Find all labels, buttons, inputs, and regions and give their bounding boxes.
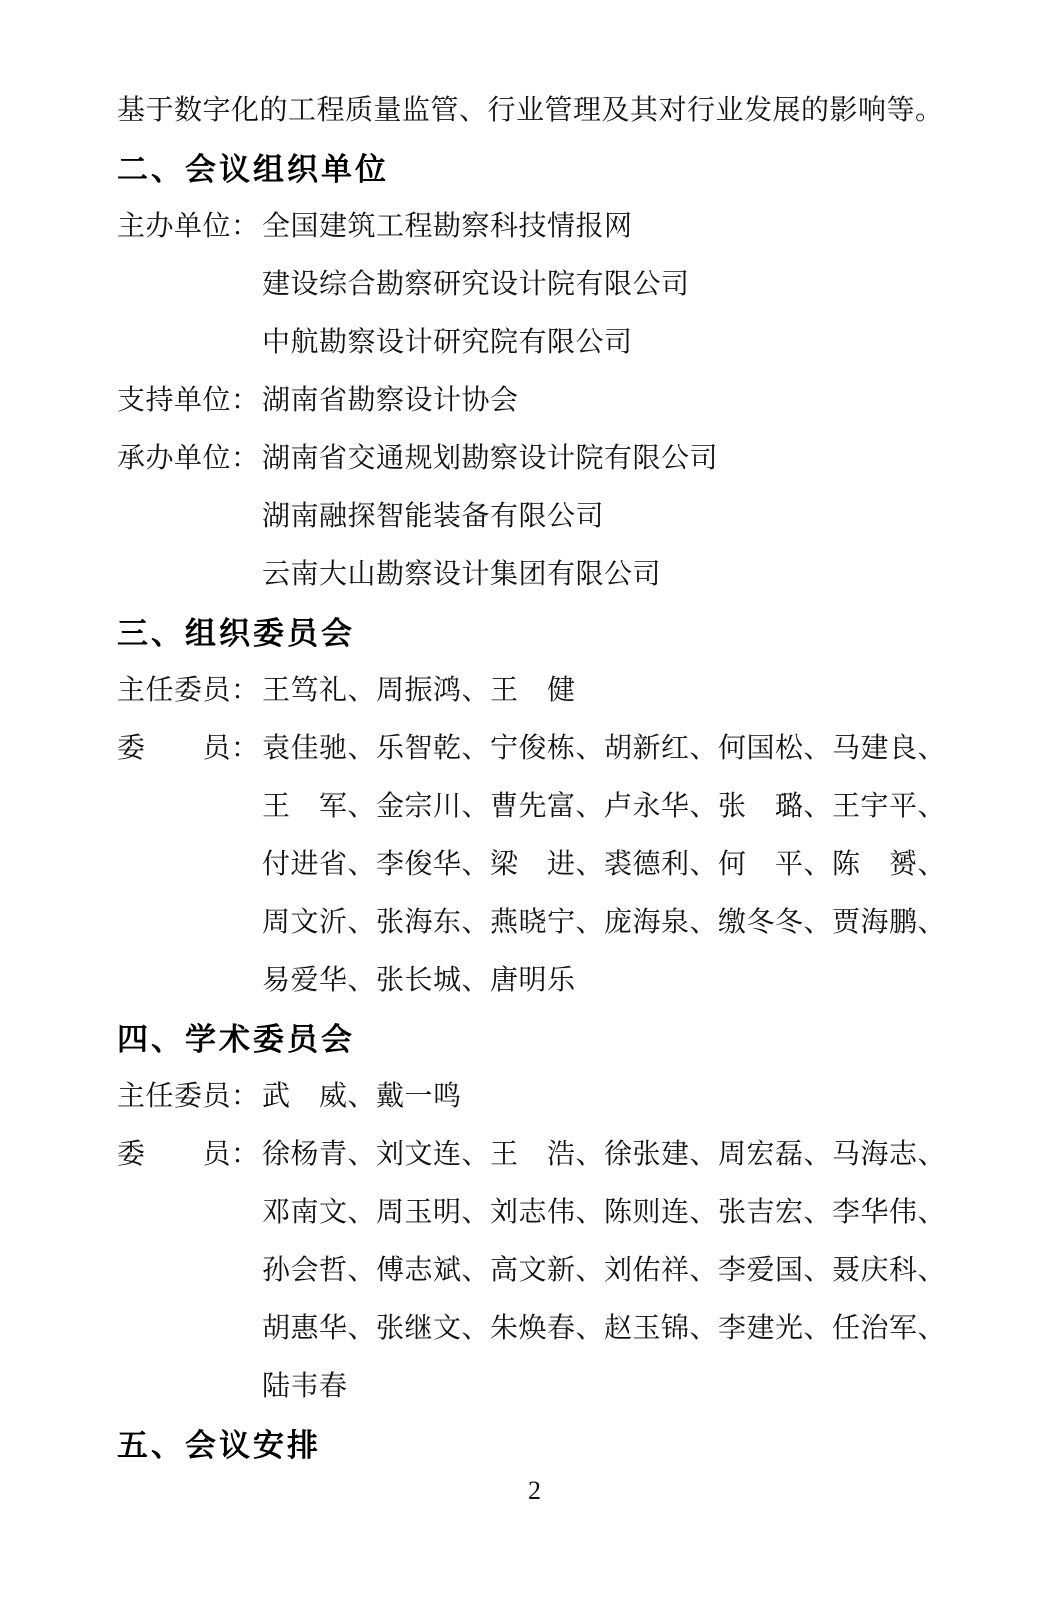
- committee-row-members-cont: 易爱华、张长城、唐明乐: [117, 949, 952, 1007]
- academic-names: 孙会哲、傅志斌、高文新、刘佑祥、李爱国、聂庆科、: [262, 1248, 946, 1288]
- page-number-row: 2: [117, 1471, 952, 1511]
- academic-names: 陆韦春: [262, 1364, 348, 1404]
- committee-names: 袁佳驰、乐智乾、宁俊栋、胡新红、何国松、马建良、: [262, 726, 946, 766]
- committee-label-chairs: 主任委员：: [117, 668, 262, 708]
- academic-row-chairs: 主任委员： 武 威、戴一鸣: [117, 1065, 952, 1123]
- committee-row-members-cont: 王 军、金宗川、曹先富、卢永华、张 璐、王宇平、: [117, 775, 952, 833]
- org-value: 湖南融探智能装备有限公司: [262, 494, 604, 534]
- academic-label-chairs: 主任委员：: [117, 1074, 262, 1114]
- section-heading-academic-committee: 四、学术委员会: [117, 1007, 952, 1065]
- academic-row-members-cont: 陆韦春: [117, 1355, 952, 1413]
- committee-names: 易爱华、张长城、唐明乐: [262, 958, 576, 998]
- org-row-host: 主办单位： 全国建筑工程勘察科技情报网: [117, 195, 952, 253]
- academic-label-members: 委 员：: [117, 1132, 262, 1172]
- academic-row-members-cont: 孙会哲、傅志斌、高文新、刘佑祥、李爱国、聂庆科、: [117, 1239, 952, 1297]
- org-row-undertaker: 承办单位： 湖南省交通规划勘察设计院有限公司: [117, 427, 952, 485]
- org-label-host: 主办单位：: [117, 204, 262, 244]
- academic-names: 武 威、戴一鸣: [262, 1074, 462, 1114]
- academic-names: 胡惠华、张继文、朱焕春、赵玉锦、李建光、任治军、: [262, 1306, 946, 1346]
- academic-row-members-cont: 胡惠华、张继文、朱焕春、赵玉锦、李建光、任治军、: [117, 1297, 952, 1355]
- section-heading-agenda: 五、会议安排: [117, 1413, 952, 1471]
- intro-paragraph-line: 基于数字化的工程质量监管、行业管理及其对行业发展的影响等。: [117, 79, 952, 137]
- committee-row-members-cont: 周文沂、张海东、燕晓宁、庞海泉、缴冬冬、贾海鹏、: [117, 891, 952, 949]
- committee-names: 周文沂、张海东、燕晓宁、庞海泉、缴冬冬、贾海鹏、: [262, 900, 946, 940]
- org-value: 湖南省勘察设计协会: [262, 378, 519, 418]
- org-label-undertaker: 承办单位：: [117, 436, 262, 476]
- org-value: 全国建筑工程勘察科技情报网: [262, 204, 633, 244]
- org-label-support: 支持单位：: [117, 378, 262, 418]
- academic-row-members-cont: 邓南文、周玉明、刘志伟、陈则连、张吉宏、李华伟、: [117, 1181, 952, 1239]
- section-heading-organizers: 二、会议组织单位: [117, 137, 952, 195]
- org-value: 云南大山勘察设计集团有限公司: [262, 552, 661, 592]
- committee-row-chairs: 主任委员： 王笃礼、周振鸿、王 健: [117, 659, 952, 717]
- org-row-undertaker-cont: 云南大山勘察设计集团有限公司: [117, 543, 952, 601]
- committee-names: 付进省、李俊华、梁 进、裘德利、何 平、陈 赟、: [262, 842, 946, 882]
- academic-names: 邓南文、周玉明、刘志伟、陈则连、张吉宏、李华伟、: [262, 1190, 946, 1230]
- committee-row-members-cont: 付进省、李俊华、梁 进、裘德利、何 平、陈 赟、: [117, 833, 952, 891]
- committee-label-members: 委 员：: [117, 726, 262, 766]
- section-heading-organizing-committee: 三、组织委员会: [117, 601, 952, 659]
- intro-text: 基于数字化的工程质量监管、行业管理及其对行业发展的影响等。: [117, 88, 944, 128]
- org-value: 湖南省交通规划勘察设计院有限公司: [262, 436, 718, 476]
- committee-names: 王笃礼、周振鸿、王 健: [262, 668, 576, 708]
- org-value: 建设综合勘察研究设计院有限公司: [262, 262, 690, 302]
- academic-row-members: 委 员： 徐杨青、刘文连、王 浩、徐张建、周宏磊、马海志、: [117, 1123, 952, 1181]
- org-row-host-cont: 建设综合勘察研究设计院有限公司: [117, 253, 952, 311]
- org-row-host-cont: 中航勘察设计研究院有限公司: [117, 311, 952, 369]
- committee-row-members: 委 员： 袁佳驰、乐智乾、宁俊栋、胡新红、何国松、马建良、: [117, 717, 952, 775]
- org-row-support: 支持单位： 湖南省勘察设计协会: [117, 369, 952, 427]
- academic-names: 徐杨青、刘文连、王 浩、徐张建、周宏磊、马海志、: [262, 1132, 946, 1172]
- committee-names: 王 军、金宗川、曹先富、卢永华、张 璐、王宇平、: [262, 784, 946, 824]
- org-row-undertaker-cont: 湖南融探智能装备有限公司: [117, 485, 952, 543]
- document-page: 基于数字化的工程质量监管、行业管理及其对行业发展的影响等。 二、会议组织单位 主…: [0, 0, 1052, 1614]
- org-value: 中航勘察设计研究院有限公司: [262, 320, 633, 360]
- page-number: 2: [528, 1476, 541, 1506]
